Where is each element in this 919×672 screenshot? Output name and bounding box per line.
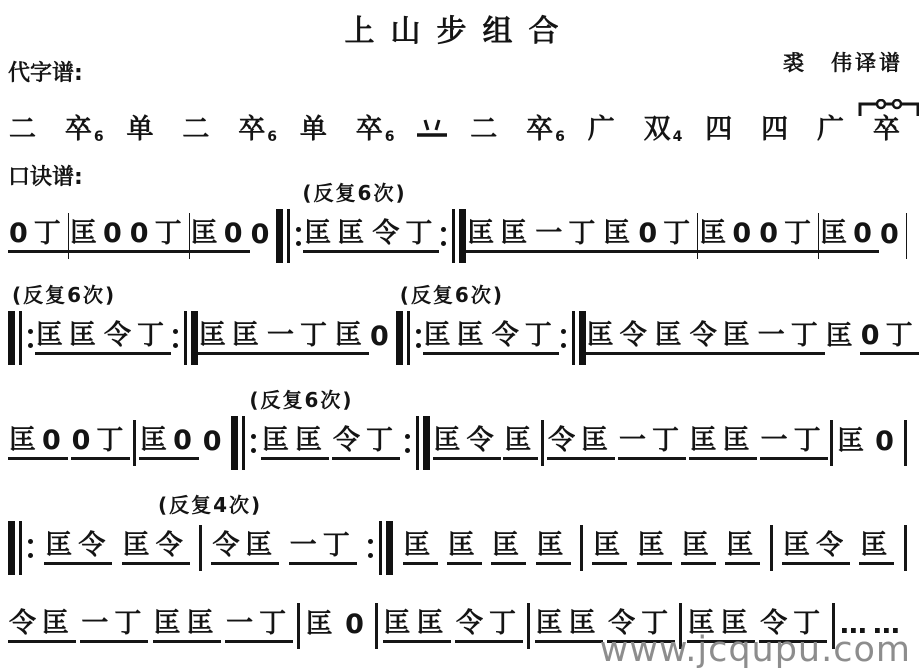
note-group: 匡0 [698, 220, 758, 253]
note-text: 匡令 [587, 320, 653, 351]
repeat-dot [368, 539, 373, 544]
note-group: 卒6 [64, 116, 105, 146]
note-group: 匡令 [122, 532, 190, 565]
note-text: 匡 [726, 530, 759, 561]
barline [580, 525, 583, 571]
barline [133, 420, 136, 466]
note-group: 匡0 [69, 220, 129, 253]
note-group: 令丁 [491, 322, 559, 355]
count-subscript: 4 [673, 129, 683, 145]
repeat-thin-bar [242, 416, 245, 470]
note-group: 匡0 [819, 220, 879, 253]
note-group: 卒6 [525, 116, 566, 146]
note-text: 匡0 [699, 218, 757, 249]
note-text: 匡 [404, 530, 437, 561]
barline [906, 213, 907, 259]
note-group: 令匡 [689, 322, 757, 355]
note-text: 匡匡 [154, 608, 220, 639]
repeat-dot [405, 434, 410, 439]
note-group: 匡匡 [423, 322, 491, 355]
note-text: 二 [182, 114, 215, 145]
note-group: 令丁 [332, 427, 400, 460]
note-text: 0丁 [9, 218, 67, 249]
barline [904, 525, 907, 571]
note-group: 0丁 [71, 427, 131, 460]
note-text: 卒 [356, 114, 389, 145]
note-group: 卒6 [355, 116, 396, 146]
note-group: 令丁 [371, 220, 439, 253]
note-text: 0 [880, 219, 905, 250]
note-group: 四 [704, 116, 739, 146]
repeat-dots [28, 539, 33, 558]
note-group: 一丁 [289, 532, 357, 565]
note-text: 令丁 [456, 608, 522, 639]
repeat-open-sign: (反复4次) [8, 521, 35, 575]
note-group: 卒6 [237, 116, 278, 146]
repeat-dot [173, 343, 178, 348]
sheet-music-page: 上山步组合 裘 伟译谱 代字谱: 二卒6单二卒6单卒6二卒6广双4四四广卒 口诀… [0, 0, 919, 672]
note-text: 0丁 [861, 320, 919, 351]
note-text: 令丁 [492, 320, 558, 351]
note-text: 单 [300, 114, 333, 145]
repeat-dots [416, 329, 421, 348]
note-text: 令匡 [212, 530, 278, 561]
repeat-thick-bar [396, 311, 403, 365]
note-text: 匡匡 [536, 608, 602, 639]
repeat-dots [251, 434, 256, 453]
daizipu-section-label: 代字谱: [8, 56, 83, 87]
barline [770, 525, 773, 571]
note-text: 0丁 [638, 218, 696, 249]
note-group: 双4 [643, 116, 684, 146]
repeat-close-sign [171, 311, 198, 365]
repeat-dot [405, 448, 410, 453]
note-text: 令丁 [372, 218, 438, 249]
note-text: 二 [470, 114, 503, 145]
repeat-close-sign [559, 311, 586, 365]
note-text: 0 [203, 426, 228, 457]
note-group: 匡令 [586, 322, 654, 355]
repeat-close-sign [366, 521, 393, 575]
note-group: 匡 [305, 611, 340, 641]
note-text: 匡令 [45, 530, 111, 561]
note-group: 广 [587, 116, 622, 146]
repeat-thin-bar [407, 311, 410, 365]
note-group: 0 [202, 428, 229, 458]
repeat-dot [28, 329, 33, 334]
barline [527, 603, 530, 649]
repeat-count-label: (反复6次) [12, 279, 116, 308]
note-text: 匡匡 [467, 218, 533, 249]
notation-row-4: (反复4次)匡令匡令令匡一丁匡匡匡匡匡匡匡匡匡令匡 [8, 522, 907, 574]
note-text: 0 [251, 219, 276, 250]
note-group: 令丁 [103, 322, 171, 355]
repeat-dot [251, 448, 256, 453]
note-group: 匡匡 [535, 610, 603, 643]
note-text: 匡 [655, 320, 688, 351]
note-group: 匡令 [433, 427, 501, 460]
note-text: 匡 [492, 530, 525, 561]
barline [541, 420, 544, 466]
note-text: 匡 [593, 530, 626, 561]
note-group: 四 [760, 116, 795, 146]
note-group: 匡 [491, 532, 526, 565]
note-group: 匡 [592, 532, 627, 565]
repeat-dot [441, 241, 446, 246]
note-group: 匡匡 [466, 220, 534, 253]
note-text: 匡匡 [384, 608, 450, 639]
count-subscript: 6 [385, 129, 395, 145]
repeat-thick-bar [8, 521, 15, 575]
note-group: 匡匡 [35, 322, 103, 355]
note-group: 匡匡 [261, 427, 329, 460]
note-group: 匡 [503, 427, 538, 460]
note-group: 令匡 [211, 532, 279, 565]
note-group: 卒 [872, 116, 907, 146]
notation-symbol [416, 116, 448, 146]
repeat-dots [368, 539, 373, 558]
note-group: 二 [469, 116, 504, 146]
note-text: 0丁 [130, 218, 188, 249]
note-group: 匡 [725, 532, 760, 565]
note-group: 一丁 [80, 610, 148, 643]
note-text: 一丁 [619, 425, 685, 456]
repeat-thin-bar [572, 311, 575, 365]
repeat-dot [561, 329, 566, 334]
note-text: 匡 [682, 530, 715, 561]
note-text: 匡0 [140, 425, 198, 456]
note-text: 匡 [837, 426, 870, 457]
note-text: 双 [644, 114, 677, 145]
repeat-thin-bar [379, 521, 382, 575]
repeat-dots [28, 329, 33, 348]
note-group: 匡0 [190, 220, 250, 253]
note-text: 0 [345, 609, 370, 640]
note-text: 一丁 [535, 218, 601, 249]
note-text: 匡 [306, 609, 339, 640]
repeat-close-sign [439, 209, 466, 263]
notation-row-3: 匡00丁匡00(反复6次)匡匡令丁匡令匡令匡一丁匡匡一丁匡0 [8, 417, 907, 469]
repeat-thick-bar [231, 416, 238, 470]
note-text: 匡 [638, 530, 671, 561]
note-group: 一丁 [266, 322, 334, 355]
note-text: 匡 [448, 530, 481, 561]
note-group: 匡 [681, 532, 716, 565]
repeat-count-label: (反复6次) [400, 279, 504, 308]
note-group: 匡匡 [689, 427, 757, 460]
note-text: 匡匡 [262, 425, 328, 456]
note-group: 一丁 [225, 610, 293, 643]
barline [830, 420, 833, 466]
note-group: 令匡 [547, 427, 615, 460]
note-text: 匡匡 [36, 320, 102, 351]
notation-row-1: 0丁匡00丁匡00(反复6次)匡匡令丁匡匡一丁匡0丁匡00丁匡00 [8, 210, 907, 262]
note-text: 0丁 [72, 425, 130, 456]
note-group: 匡0 [139, 427, 199, 460]
note-text: 令丁 [104, 320, 170, 351]
note-text: 匡 [504, 425, 537, 456]
note-group: 匡匡 [383, 610, 451, 643]
note-text: 广 [817, 114, 850, 145]
note-text: 匡匡 [690, 425, 756, 456]
note-text: 卒 [65, 114, 98, 145]
repeat-thin-bar [287, 209, 290, 263]
repeat-dots [441, 227, 446, 246]
repeat-dot [296, 227, 301, 232]
note-group: 匡0 [8, 427, 68, 460]
repeat-thin-bar [19, 521, 22, 575]
note-text: 一丁 [761, 425, 827, 456]
note-text: 匡 [860, 530, 893, 561]
note-group: 0丁 [860, 322, 919, 355]
repeat-thick-bar [579, 311, 586, 365]
tie-bracket-icon [857, 99, 919, 117]
note-text: 0 [370, 321, 395, 352]
repeat-dots [173, 329, 178, 348]
note-group: 匡匡 [303, 220, 371, 253]
repeat-count-label: (反复4次) [158, 489, 262, 518]
repeat-thick-bar [386, 521, 393, 575]
note-text: 匡0 [820, 218, 878, 249]
repeat-thick-bar [191, 311, 198, 365]
count-subscript: 6 [555, 129, 565, 145]
note-text: 0 [875, 426, 900, 457]
note-text: 匡 [826, 321, 859, 352]
note-text: 匡匡 [304, 218, 370, 249]
note-group: 一丁 [534, 220, 602, 253]
repeat-dots [561, 329, 566, 348]
note-text: 四 [705, 114, 738, 145]
note-group: 令匡 [8, 610, 76, 643]
note-group: 0丁 [637, 220, 697, 253]
note-group: 匡匡 [198, 322, 266, 355]
note-group: 广 [816, 116, 851, 146]
note-text: 匡令 [434, 425, 500, 456]
repeat-thin-bar [184, 311, 187, 365]
note-text: 卒 [873, 114, 906, 145]
note-group: 匡 [654, 322, 689, 355]
barline [904, 420, 907, 466]
note-text: 匡令 [783, 530, 849, 561]
note-group: 二 [8, 116, 43, 146]
dots-over-line-symbol-icon [416, 116, 448, 140]
note-group: 匡匡 [153, 610, 221, 643]
note-text: 令匡 [690, 320, 756, 351]
repeat-dot [28, 539, 33, 544]
repeat-dot [28, 553, 33, 558]
repeat-dot [416, 343, 421, 348]
repeat-thick-bar [423, 416, 430, 470]
note-text: 一丁 [267, 320, 333, 351]
repeat-dot [368, 553, 373, 558]
note-text: 匡匡 [424, 320, 490, 351]
note-text: 一丁 [226, 608, 292, 639]
note-group: 匡 [637, 532, 672, 565]
note-group: 单 [299, 116, 334, 146]
note-group: 匡 [403, 532, 438, 565]
note-group: 匡 [602, 220, 637, 253]
note-text: 令丁 [333, 425, 399, 456]
note-text: 令匡 [548, 425, 614, 456]
note-group: 二 [181, 116, 216, 146]
daizipu-notation-row: 二卒6单二卒6单卒6二卒6广双4四四广卒 [8, 94, 907, 146]
repeat-dot [251, 434, 256, 439]
note-group: 0 [344, 611, 371, 641]
repeat-thin-bar [452, 209, 455, 263]
note-text: 匡0 [191, 218, 249, 249]
note-group: 0丁 [129, 220, 189, 253]
note-text: 一丁 [290, 530, 356, 561]
note-text: 四 [761, 114, 794, 145]
note-group: 匡 [825, 323, 860, 353]
note-text: 广 [588, 114, 621, 145]
note-group: 一丁 [618, 427, 686, 460]
note-text: 二 [9, 114, 42, 145]
note-group: 匡令 [44, 532, 112, 565]
note-group: 0丁 [758, 220, 818, 253]
repeat-open-sign: (反复6次) [276, 209, 303, 263]
count-subscript: 6 [94, 129, 104, 145]
note-group: 0丁 [8, 220, 68, 253]
repeat-thick-bar [276, 209, 283, 263]
note-group: 匡 [447, 532, 482, 565]
note-text: 匡0 [9, 425, 67, 456]
watermark-text: www.jcqupu.com [600, 630, 911, 670]
repeat-count-label: (反复6次) [249, 384, 353, 413]
note-group: 令丁 [455, 610, 523, 643]
note-text: 匡 [537, 530, 570, 561]
repeat-thick-bar [8, 311, 15, 365]
note-text: 匡 [603, 218, 636, 249]
repeat-dots [296, 227, 301, 246]
notation-row-2: (反复6次)匡匡令丁匡匡一丁匡0(反复6次)匡匡令丁匡令匡令匡一丁匡0丁 [8, 312, 907, 364]
note-text: 匡0 [70, 218, 128, 249]
repeat-close-sign [403, 416, 430, 470]
note-group: 0 [250, 221, 277, 251]
note-text: 匡令 [123, 530, 189, 561]
koujue-section-label: 口诀谱: [8, 160, 83, 191]
note-text: 匡匡 [199, 320, 265, 351]
note-group: 一丁 [757, 322, 825, 355]
repeat-dot [561, 343, 566, 348]
note-text: 0丁 [759, 218, 817, 249]
note-text: 一丁 [81, 608, 147, 639]
translator-credit: 裘 伟译谱 [783, 47, 903, 77]
count-subscript: 6 [267, 129, 277, 145]
note-text: 单 [127, 114, 160, 145]
repeat-dot [416, 329, 421, 334]
note-group: 0 [369, 323, 396, 353]
note-group: 0 [874, 428, 901, 458]
note-group: 一丁 [760, 427, 828, 460]
note-group: 匡令 [782, 532, 850, 565]
barline [375, 603, 378, 649]
note-text: 一丁 [758, 320, 824, 351]
note-group: 单 [126, 116, 161, 146]
repeat-dot [28, 343, 33, 348]
note-group: 匡 [859, 532, 894, 565]
note-group: 匡 [836, 428, 871, 458]
repeat-count-label: (反复6次) [302, 177, 406, 206]
barline [199, 525, 202, 571]
repeat-thick-bar [459, 209, 466, 263]
barline [297, 603, 300, 649]
repeat-dots [405, 434, 410, 453]
note-text: 令匡 [9, 608, 75, 639]
repeat-dot [296, 241, 301, 246]
repeat-thin-bar [19, 311, 22, 365]
repeat-open-sign: (反复6次) [396, 311, 423, 365]
repeat-open-sign: (反复6次) [8, 311, 35, 365]
page-title: 上山步组合 [0, 6, 919, 50]
repeat-dot [173, 329, 178, 334]
note-group: 匡 [334, 322, 369, 355]
repeat-open-sign: (反复6次) [231, 416, 258, 470]
note-group: 匡 [536, 532, 571, 565]
repeat-thin-bar [416, 416, 419, 470]
note-group: 0 [879, 221, 906, 251]
note-text: 匡 [335, 320, 368, 351]
repeat-dot [441, 227, 446, 232]
